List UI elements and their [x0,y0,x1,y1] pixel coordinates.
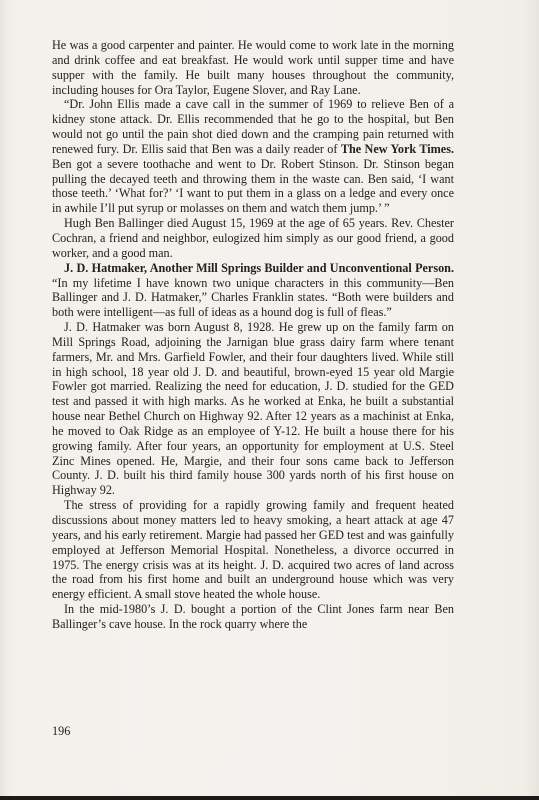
text-run: J. D. Hatmaker was born August 8, 1928. … [52,320,454,497]
text-run: Hugh Ben Ballinger died August 15, 1969 … [52,216,454,260]
bold-text: J. D. Hatmaker, Another Mill Springs Bui… [64,261,454,275]
text-run: In the mid-1980’s J. D. bought a portion… [52,602,454,631]
paragraph: J. D. Hatmaker, Another Mill Springs Bui… [52,261,454,320]
text-run: “In my lifetime I have known two unique … [52,276,454,320]
paragraph: He was a good carpenter and painter. He … [52,38,454,97]
paragraph: “Dr. John Ellis made a cave call in the … [52,97,454,216]
book-page: He was a good carpenter and painter. He … [0,0,539,796]
paragraph: The stress of providing for a rapidly gr… [52,498,454,602]
page-number: 196 [52,724,70,739]
paragraph: J. D. Hatmaker was born August 8, 1928. … [52,320,454,498]
text-run: The stress of providing for a rapidly gr… [52,498,454,601]
text-run: Ben got a severe toothache and went to D… [52,157,454,216]
text-run: He was a good carpenter and painter. He … [52,38,454,97]
bold-text: The New York Times. [341,142,454,156]
paragraph: In the mid-1980’s J. D. bought a portion… [52,602,454,632]
paragraph: Hugh Ben Ballinger died August 15, 1969 … [52,216,454,261]
body-text: He was a good carpenter and painter. He … [52,38,454,632]
scan-bottom-edge [0,796,539,800]
